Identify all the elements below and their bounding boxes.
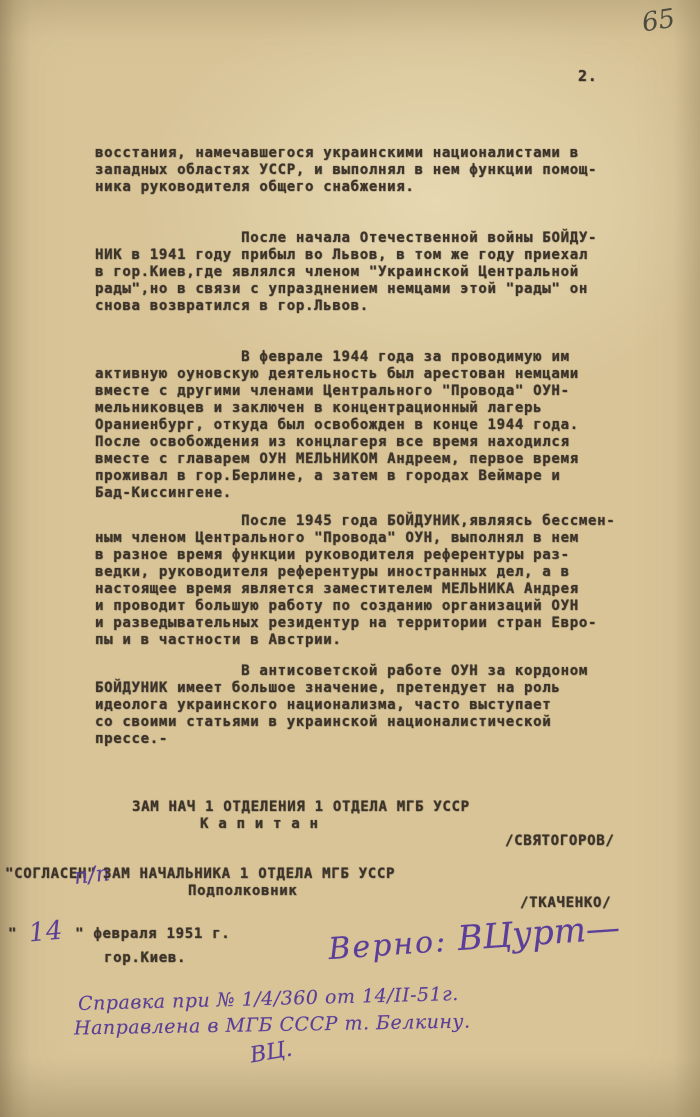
date-close-quote: " xyxy=(75,926,84,942)
signatory-1-name: /СВЯТОГОРОВ/ xyxy=(505,833,615,850)
paragraph-3: В феврале 1944 года за проводимую им акт… xyxy=(95,349,635,502)
signatory-1-rank: К а п и т а н xyxy=(200,816,319,833)
date-line: "14" февраля 1951 г. xyxy=(8,924,230,943)
paragraph-1: восстания, намечавшегося украинскими нац… xyxy=(95,145,635,196)
paragraph-2: После начала Отечественной войны БОЙДУ- … xyxy=(95,230,635,315)
city-line: гор.Киев. xyxy=(104,950,186,967)
signatory-2-title: ЗАМ НАЧАЛЬНИКА 1 ОТДЕЛА МГБ УССР xyxy=(103,866,395,883)
handwritten-day: 14 xyxy=(17,922,76,944)
certification-note: Верно: ВЦурт— xyxy=(327,908,621,968)
date-text: февраля 1951 г. xyxy=(84,926,230,942)
page-number: 2. xyxy=(578,68,597,85)
document-page: 65 2. восстания, намечавшегося украински… xyxy=(0,0,700,1117)
signatory-1-title: ЗАМ НАЧ 1 ОТДЕЛЕНИЯ 1 ОТДЕЛА МГБ УССР xyxy=(132,799,470,816)
handwritten-folio-number: 65 xyxy=(640,4,677,39)
signatory-2-rank: Подполковник xyxy=(188,883,298,900)
certified-label: Верно: xyxy=(327,924,448,967)
paragraph-4: После 1945 года БОЙДУНИК,являясь бессмен… xyxy=(95,513,635,649)
handwritten-initials-signature: ВЦ. xyxy=(248,1037,294,1069)
handwritten-note-line1: Справка при № 1/4/360 от 14/II-51г. xyxy=(78,983,459,1015)
handwritten-note-line2: Направлена в МГБ СССР т. Белкину. xyxy=(74,1011,471,1040)
paragraph-5: В антисоветской работе ОУН за кордоном Б… xyxy=(95,663,635,748)
certifier-signature: ВЦурт— xyxy=(446,908,622,960)
